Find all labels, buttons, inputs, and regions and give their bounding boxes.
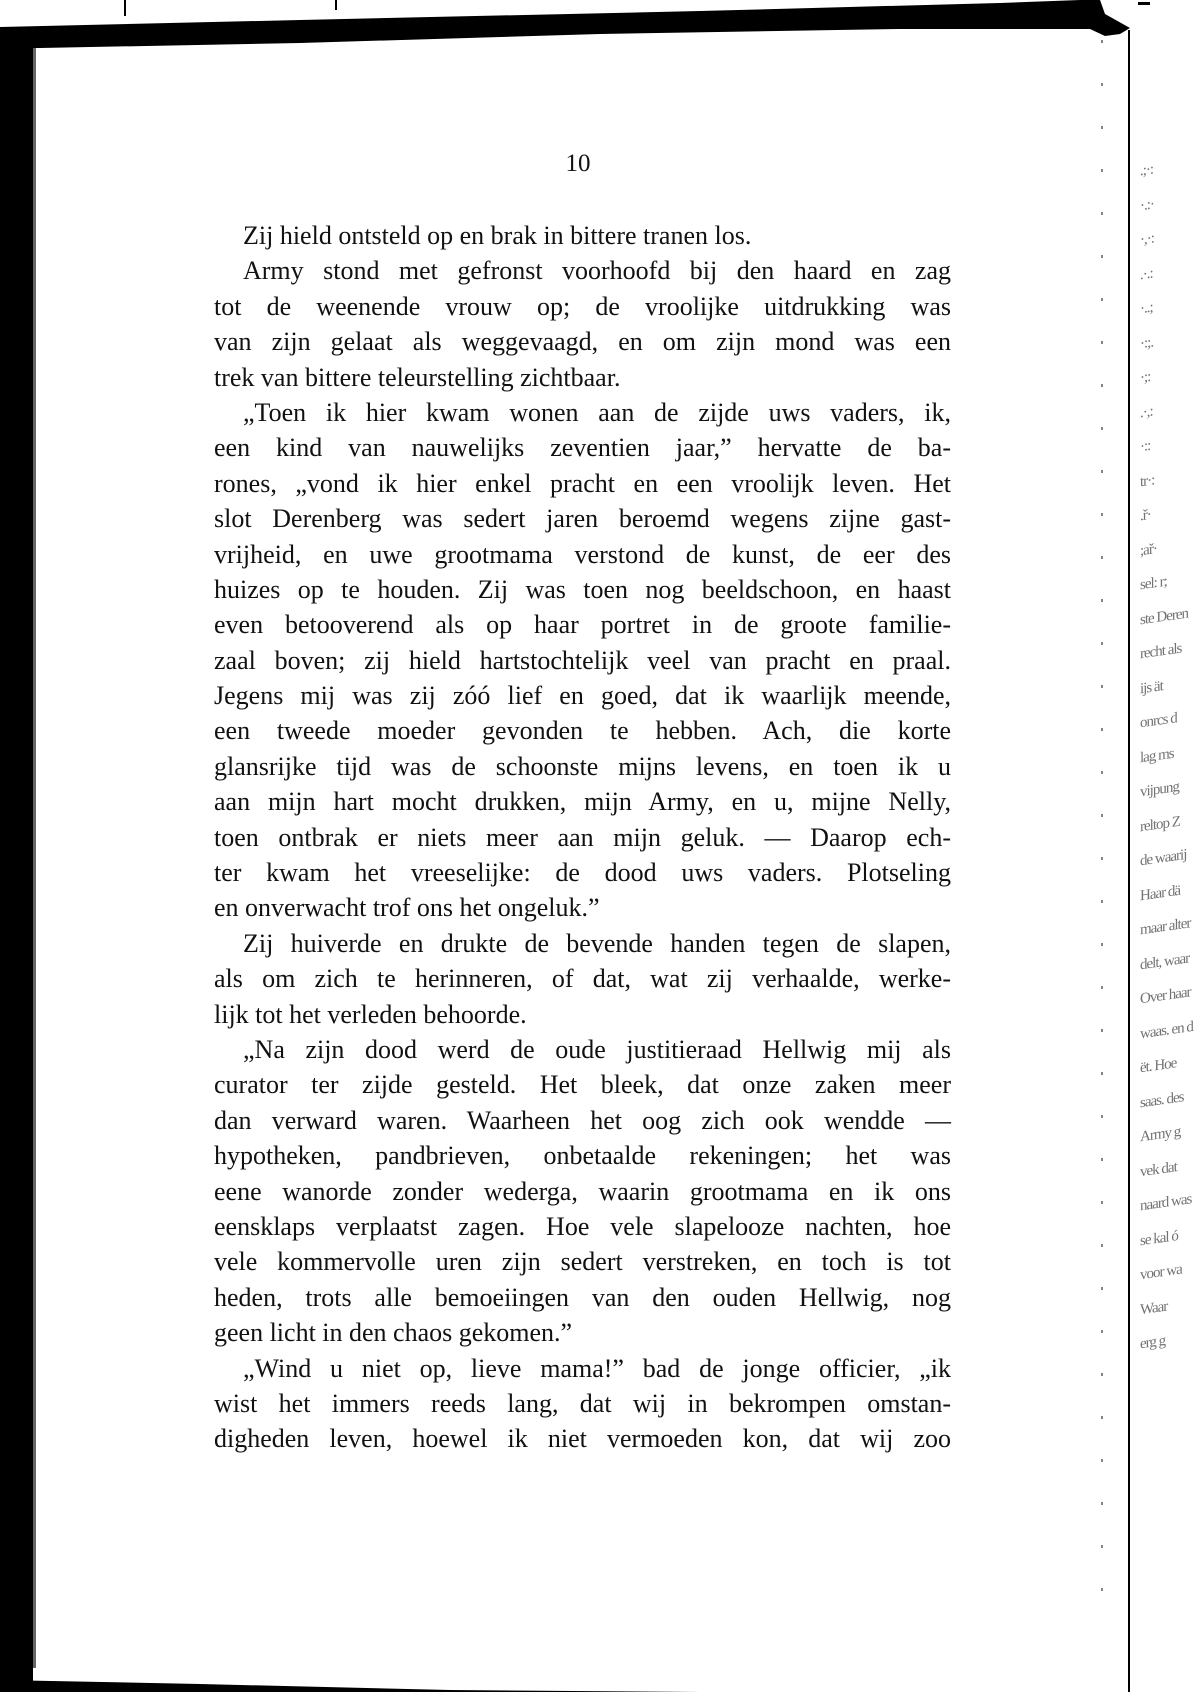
text-line: toen ontbrak er niets meer aan mijn gelu… (214, 820, 951, 855)
text-line: Jegens mij was zij zóó lief en goed, dat… (214, 678, 951, 713)
text-line: aan mijn hart mocht drukken, mijn Army, … (214, 784, 951, 819)
text-line: Zij huiverde en drukte de bevende handen… (214, 926, 951, 961)
body-text: Zij hield ontsteld op en brak in bittere… (214, 218, 951, 1457)
scanned-page: 10 Zij hield ontsteld op en brak in bitt… (0, 0, 1202, 1692)
text-line: digheden leven, hoewel ik niet vermoeden… (214, 1421, 951, 1456)
text-line: eene wanorde zonder wederga, waarin groo… (214, 1174, 951, 1209)
text-line: slot Derenberg was sedert jaren beroemd … (214, 501, 951, 536)
text-line: een tweede moeder gevonden te hebben. Ac… (214, 713, 951, 748)
text-line: heden, trots alle bemoeiingen van den ou… (214, 1280, 951, 1315)
text-line: trek van bittere teleurstelling zichtbaa… (214, 360, 951, 395)
text-line: lijk tot het verleden behoorde. (214, 997, 951, 1032)
text-line: wist het immers reeds lang, dat wij in b… (214, 1386, 951, 1421)
text-line: en onverwacht trof ons het ongeluk.” (214, 890, 951, 925)
page-number: 10 (548, 150, 608, 178)
text-line: geen licht in den chaos gekomen.” (214, 1315, 951, 1350)
facing-page-bleed-through: .;·:·.:··,·:.·.:·..;·:;.·;:.·,:·::tr·:.ř… (1140, 146, 1202, 1475)
text-line: hypotheken, pandbrieven, onbetaalde reke… (214, 1138, 951, 1173)
text-line: glansrijke tijd was de schoonste mijns l… (214, 749, 951, 784)
bleed-fragment: erg g (1140, 1319, 1202, 1362)
text-line: vele kommervolle uren zijn sedert verstr… (214, 1244, 951, 1279)
text-line: een kind van nauwelijks zeventien jaar,”… (214, 430, 951, 465)
text-line: als om zich te herinneren, of dat, wat z… (214, 961, 951, 996)
text-line: huizes op te houden. Zij was toen nog be… (214, 572, 951, 607)
text-line: Army stond met gefronst voorhoofd bij de… (214, 253, 951, 288)
text-line: „Na zijn dood werd de oude justitieraad … (214, 1032, 951, 1067)
text-line: „Wind u niet op, lieve mama!” bad de jon… (214, 1351, 951, 1386)
text-line: Zij hield ontsteld op en brak in bittere… (214, 218, 951, 253)
text-line: van zijn gelaat als weggevaagd, en om zi… (214, 324, 951, 359)
text-line: even betooverend als op haar portret in … (214, 607, 951, 642)
text-line: eensklaps verplaatst zagen. Hoe vele sla… (214, 1209, 951, 1244)
text-line: curator ter zijde gesteld. Het bleek, da… (214, 1067, 951, 1102)
text-line: „Toen ik hier kwam wonen aan de zijde uw… (214, 395, 951, 430)
text-line: vrijheid, en uwe grootmama verstond de k… (214, 537, 951, 572)
text-line: ter kwam het vreeselijke: de dood uws va… (214, 855, 951, 890)
text-line: tot de weenende vrouw op; de vroolijke u… (214, 289, 951, 324)
text-line: rones, „vond ik hier enkel pracht en een… (214, 466, 951, 501)
text-line: dan verward waren. Waarheen het oog zich… (214, 1103, 951, 1138)
text-line: zaal boven; zij hield hartstochtelijk ve… (214, 643, 951, 678)
